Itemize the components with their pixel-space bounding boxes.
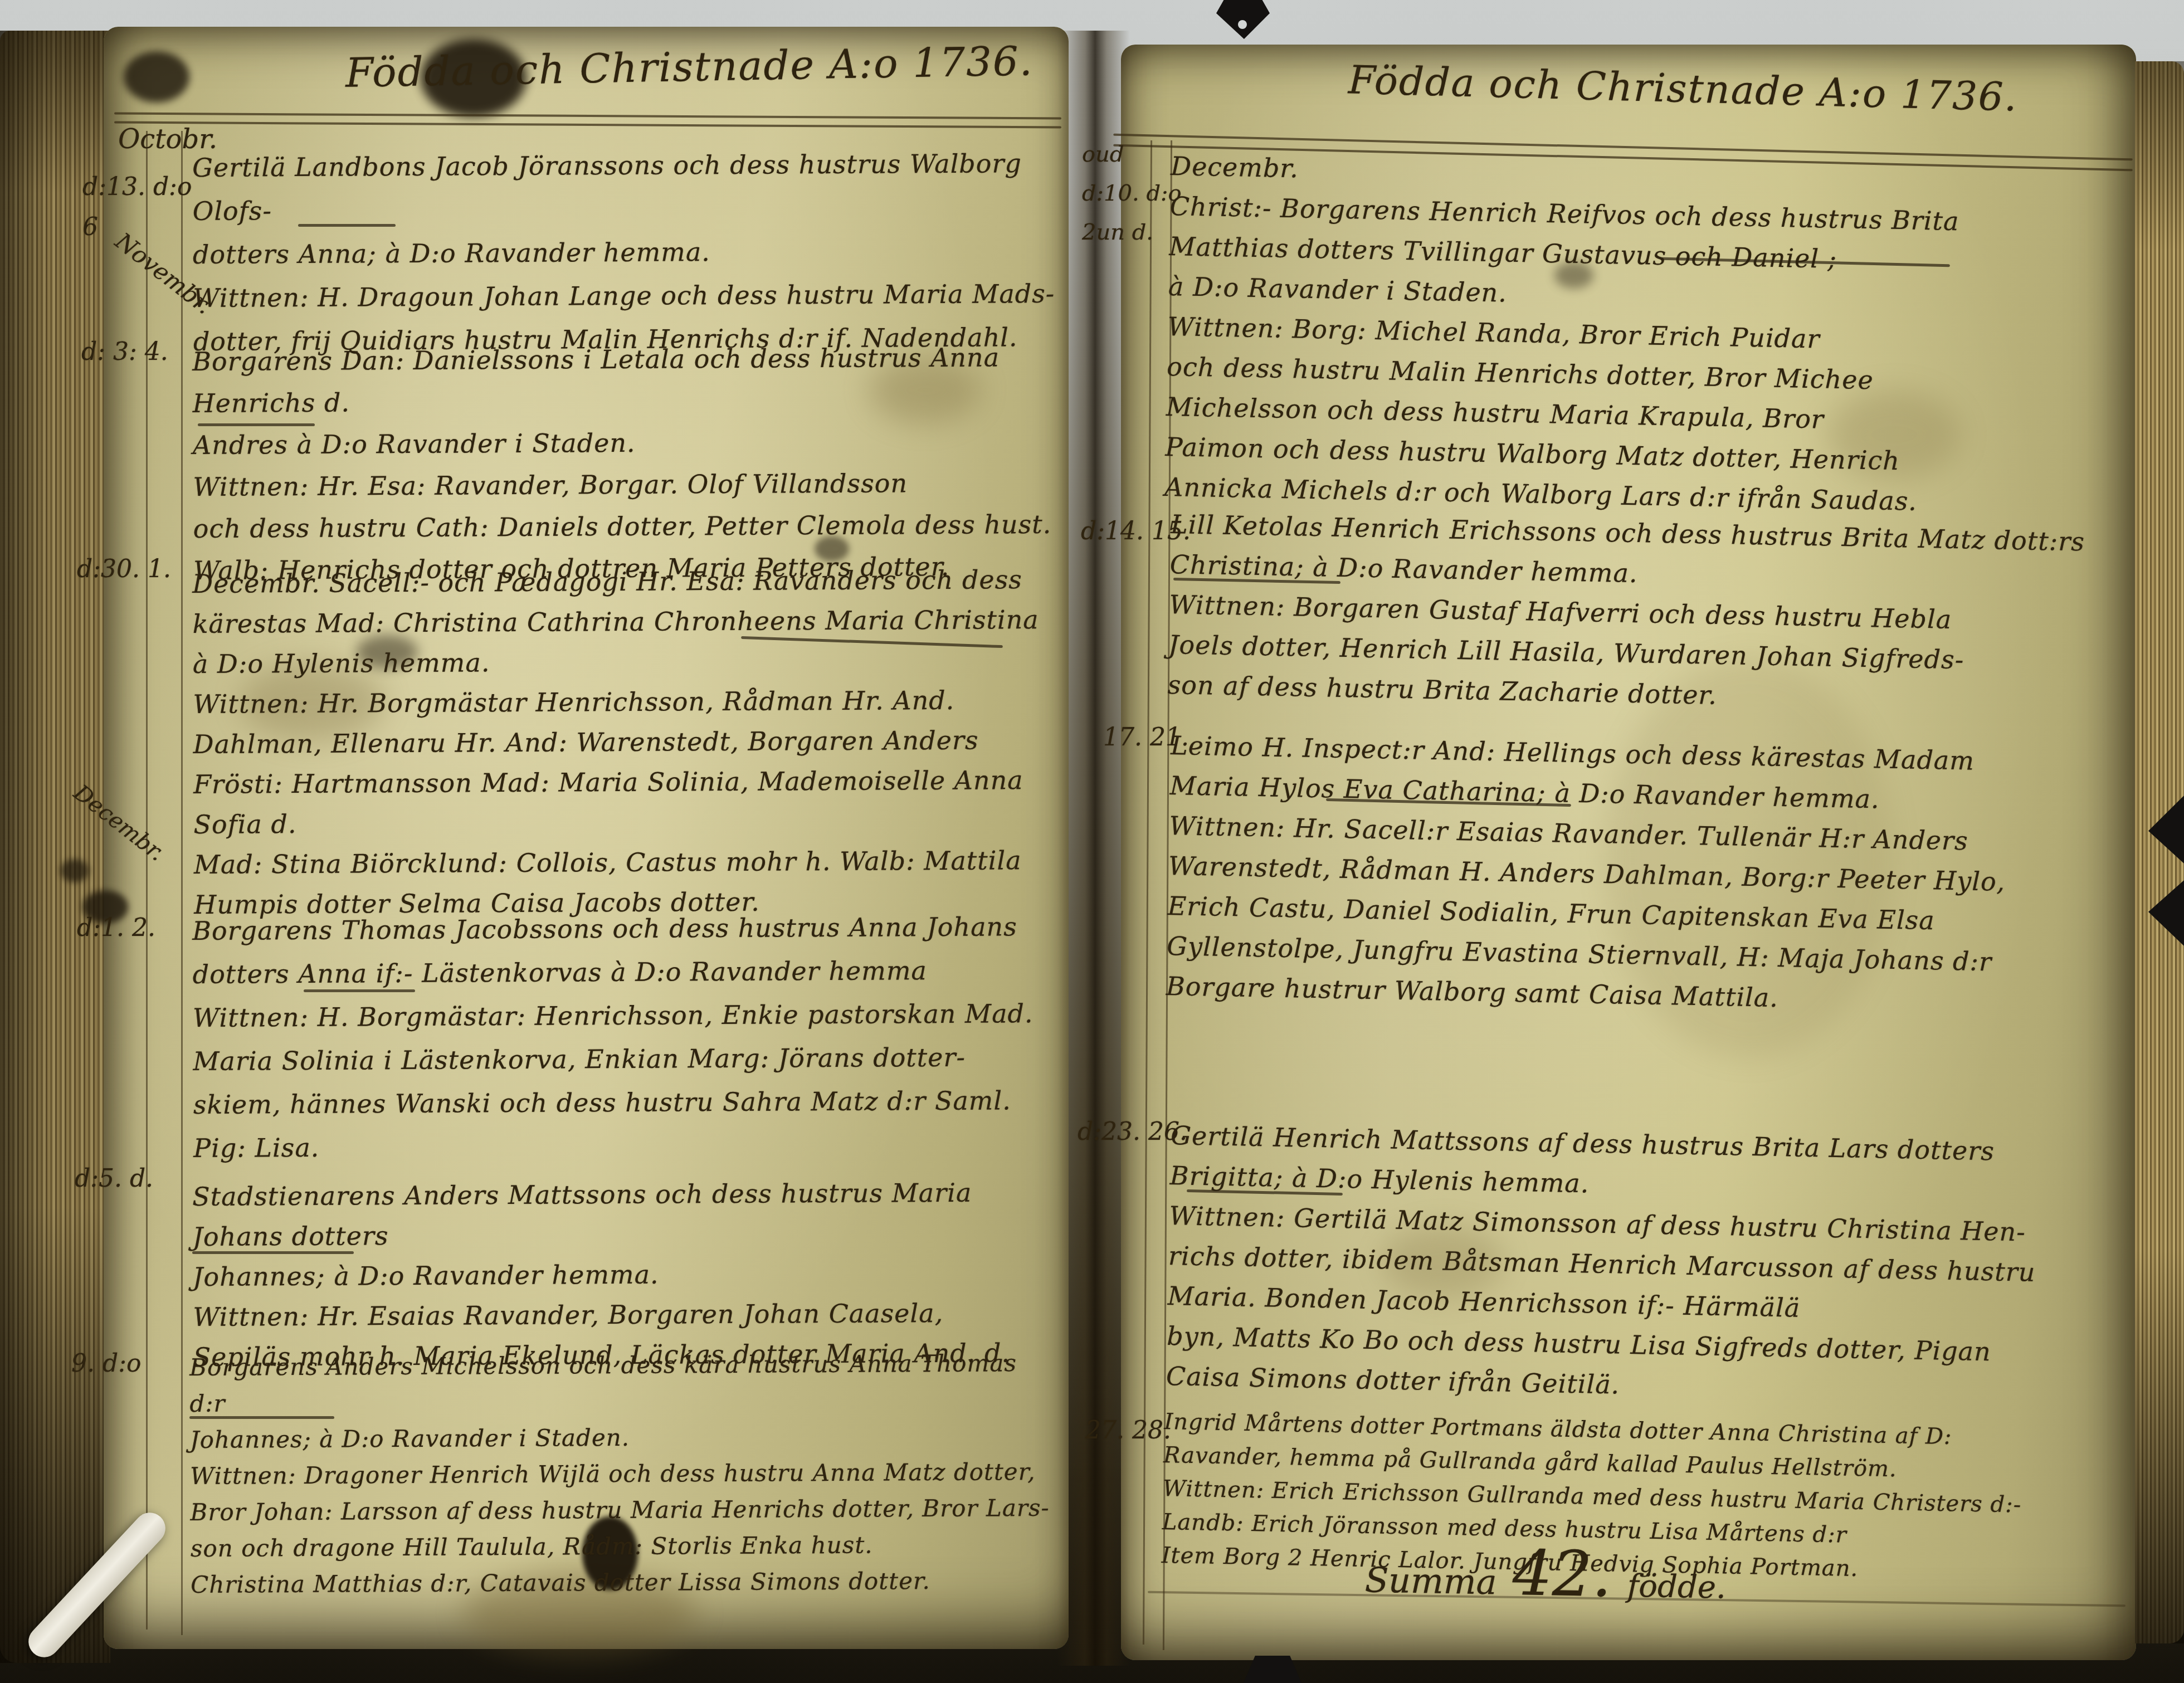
register-entry-text: Lill Ketolas Henrich Erichssons och dess… [1167, 504, 2121, 723]
ink-underline [298, 224, 396, 227]
entry-margin-date: d:1. 2. [77, 908, 155, 948]
summa-label: Summa [1364, 1559, 1497, 1602]
entry-margin-date: d:5. d. [75, 1159, 153, 1199]
register-entry-text: Borgarens Dan: Danielssons i Letala och … [192, 336, 1062, 592]
register-entry-text: Gertilä Henrich Mattssons af dess hustru… [1166, 1115, 2120, 1414]
margin-rule [181, 131, 183, 1635]
ink-underline [192, 1251, 354, 1254]
register-entry-text: Decembr. Christ:- Borgarens Henrich Reif… [1164, 146, 2121, 525]
register-entry-text: Borgarens Anders Michelsson och dess kär… [189, 1345, 1060, 1603]
entry-margin-date: d:13. d:o 6 [82, 167, 192, 247]
ink-underline [198, 423, 315, 426]
entry-margin-date: d:30. 1. [77, 549, 171, 589]
page-holder-clip-top [1216, 0, 1270, 39]
summa-suffix: födde. [1627, 1568, 1726, 1606]
entry-margin-date: 27. 28. [1085, 1411, 1171, 1451]
entry-margin-date: d: 3: 4. [81, 332, 168, 372]
entry-margin-date: 9. d:o [71, 1344, 141, 1384]
ink-underline [189, 1416, 334, 1419]
entry-margin-date: oud d:10. d:o 2un d. [1082, 135, 1182, 252]
register-entry-text: Borgarens Thomas Jacobssons och dess hus… [192, 905, 1062, 1170]
parish-register-photo: Födda och Christnade A:o 1736. Octobr. N… [0, 0, 2184, 1683]
summa-line: Summa 42. födde. [1364, 1534, 1727, 1613]
clip-hole [1238, 20, 1247, 29]
register-entry-text: Leimo H. Inspect:r And: Hellings och des… [1166, 725, 2120, 1025]
register-entry-text: Gertilä Landbons Jacob Jöranssons och de… [192, 142, 1062, 363]
ink-blot [60, 859, 89, 882]
page-edge-stack-left [0, 31, 110, 1663]
register-entry-text: Decembr. Sacell:- och Pædagogi Hr. Esa: … [192, 559, 1063, 925]
ink-blot [124, 51, 189, 103]
ink-underline [304, 989, 415, 992]
summa-total-count: 42. [1512, 1537, 1612, 1611]
